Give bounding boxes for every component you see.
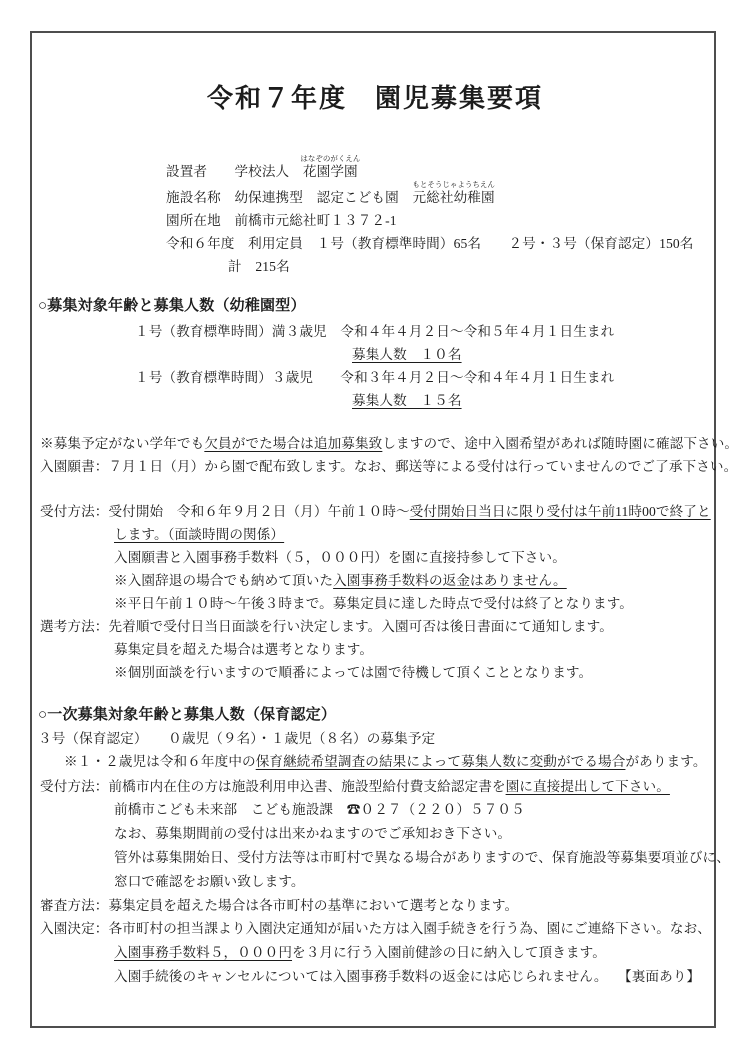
- note-vacancy-underline: 欠員がでた場合は追加募集致: [204, 436, 382, 451]
- info-row-total: 計 215名: [228, 258, 290, 276]
- page-title: 令和７年度 園児募集要項: [0, 78, 750, 115]
- selection-label: 選考方法：: [40, 619, 108, 634]
- note-vacancy-post: しますので、途中入園希望があれば随時園に確認下さい。: [382, 436, 738, 451]
- selection-line2: 募集定員を超えた場合は選考となります。: [114, 641, 373, 659]
- decision-line2: 入園事務手数料５，０００円を３月に行う入園前健診の日に納入して頂きます。: [114, 944, 606, 962]
- decision-line2-underline: 入園事務手数料５，０００円: [114, 945, 292, 960]
- owner-name: 花園学園: [303, 164, 358, 179]
- screening-line1: 審査方法：募集定員を超えた場合は各市町村の基準において選考となります。: [40, 897, 518, 915]
- phone-number: ０２７（２２０）５７０５: [361, 802, 525, 817]
- facility-name: 元総社幼稚園: [413, 190, 495, 205]
- reception-line4-pre: ※入園辞退の場合でも納めて頂いた: [114, 573, 333, 588]
- note-vacancy-pre: ※募集予定がない学年でも: [40, 436, 204, 451]
- decision-line1-text: 各市町村の担当課より入園決定通知が届いた方は入園手続きを行う為、園にご連絡下さい…: [108, 921, 711, 936]
- decision-line3: 入園手続後のキャンセルについては入園事務手数料の返金には応じられません。: [114, 968, 608, 986]
- reception-line1: 受付方法：受付開始 令和６年９月２日（月）午前１０時～受付開始日当日に限り受付は…: [40, 503, 711, 521]
- back-side-note: 【裏面あり】: [618, 968, 700, 986]
- screening-label: 審査方法：: [40, 898, 108, 913]
- reception-line5: ※平日午前１０時～午後３時まで。募集定員に達した時点で受付は終了となります。: [114, 595, 633, 613]
- application-line3: なお、募集期間前の受付は出来かねますのでご承知おき下さい。: [114, 825, 511, 843]
- info-row-facility: 施設名称 幼保連携型 認定こども園 もとそうじゃようちえん元総社幼稚園: [166, 189, 495, 207]
- kindergarten-row1: １号（教育標準時間）満３歳児 令和４年４月２日～令和５年４月１日生まれ: [135, 323, 614, 341]
- decision-line2-post: を３月に行う入園前健診の日に納入して頂きます。: [292, 945, 606, 960]
- info-row-address: 園所在地 前橋市元総社町１３７２-1: [166, 212, 397, 230]
- selection-line1-text: 先着順で受付日当日面談を行い決定します。入園可否は後日書面にて通知します。: [108, 619, 613, 634]
- nursery-note-pre: ※１・２歳児は令和６年度中の: [64, 754, 256, 769]
- nursery-class-line: ３号（保育認定） ０歳児（９名）・１歳児（８名）の募集予定: [38, 730, 435, 748]
- nursery-note-underline: 保育継続希望調査の結果によって募集人数に変動がでる場合: [256, 754, 626, 769]
- application-label: 受付方法：: [40, 779, 108, 794]
- info-row-capacity: 令和６年度 利用定員 １号（教育標準時間）65名 ２号・３号（保育認定）150名: [166, 235, 693, 253]
- reception-line1-pre: 受付開始 令和６年９月２日（月）午前１０時～: [108, 504, 409, 519]
- reception-label: 受付方法：: [40, 504, 108, 519]
- reception-line2: します。（面談時間の関係）: [114, 526, 284, 544]
- application-line1: 受付方法：前橋市内在住の方は施設利用申込書、施設型給付費支給認定書を園に直接提出…: [40, 778, 670, 796]
- reception-line3: 入園願書と入園事務手数料（５，０００円）を園に直接持参して下さい。: [114, 549, 566, 567]
- decision-line1: 入園決定：各市町村の担当課より入園決定通知が届いた方は入園手続きを行う為、園にご…: [40, 920, 711, 938]
- phone-icon: ☎: [347, 802, 361, 817]
- owner-text: 設置者 学校法人: [166, 164, 303, 179]
- document-page: 令和７年度 園児募集要項 設置者 学校法人 はなぞのがくえん花園学園 施設名称 …: [0, 0, 750, 1061]
- kindergarten-row2-count: 募集人数 １５名: [352, 392, 462, 410]
- facility-name-ruby: もとそうじゃようちえん元総社幼稚園: [413, 189, 495, 207]
- reception-line1-underline: 受付開始日当日に限り受付は午前11時00で終了と: [410, 504, 711, 519]
- facility-text: 施設名称 幼保連携型 認定こども園: [166, 190, 413, 205]
- owner-furigana: はなぞのがくえん: [300, 155, 360, 163]
- application-line1-pre: 前橋市内在住の方は施設利用申込書、施設型給付費支給認定書を: [108, 779, 505, 794]
- reception-line4-underline: 入園事務手数料の返金はありません。: [333, 573, 567, 588]
- nursery-note: ※１・２歳児は令和６年度中の保育継続希望調査の結果によって募集人数に変動がでる場…: [64, 753, 707, 771]
- decision-label: 入園決定：: [40, 921, 108, 936]
- application-line1-underline: 園に直接提出して下さい。: [506, 779, 670, 794]
- facility-furigana: もとそうじゃようちえん: [412, 181, 495, 189]
- kindergarten-row2: １号（教育標準時間）３歳児 令和３年４月２日～令和４年４月１日生まれ: [135, 369, 614, 387]
- application-contact-line: 前橋市こども未来部 こども施設課 ☎０２７（２２０）５７０５: [114, 801, 525, 819]
- reception-line4: ※入園辞退の場合でも納めて頂いた入園事務手数料の返金はありません。: [114, 572, 567, 590]
- owner-name-ruby: はなぞのがくえん花園学園: [303, 163, 358, 181]
- kindergarten-section-heading: ○募集対象年齢と募集人数（幼稚園型）: [38, 297, 306, 315]
- note-application-form: 入園願書：７月１日（月）から園で配布致します。なお、郵送等による受付は行っていま…: [40, 458, 737, 476]
- info-row-owner: 設置者 学校法人 はなぞのがくえん花園学園: [166, 163, 358, 181]
- note-vacancy: ※募集予定がない学年でも欠員がでた場合は追加募集致しますので、途中入園希望があれ…: [40, 435, 738, 453]
- screening-line1-text: 募集定員を超えた場合は各市町村の基準において選考となります。: [108, 898, 518, 913]
- nursery-note-post: があります。: [625, 754, 706, 769]
- application-dept: 前橋市こども未来部 こども施設課: [114, 802, 347, 817]
- application-line4: 管外は募集開始日、受付方法等は市町村で異なる場合がありますので、保育施設等募集要…: [114, 849, 730, 867]
- selection-line3: ※個別面談を行いますので順番によっては園で待機して頂くこととなります。: [114, 664, 592, 682]
- kindergarten-row1-count: 募集人数 １０名: [352, 346, 462, 364]
- selection-line1: 選考方法：先着順で受付日当日面談を行い決定します。入園可否は後日書面にて通知しま…: [40, 618, 613, 636]
- nursery-section-heading: ○一次募集対象年齢と募集人数（保育認定）: [38, 706, 336, 724]
- application-line5: 窓口で確認をお願い致します。: [114, 873, 305, 891]
